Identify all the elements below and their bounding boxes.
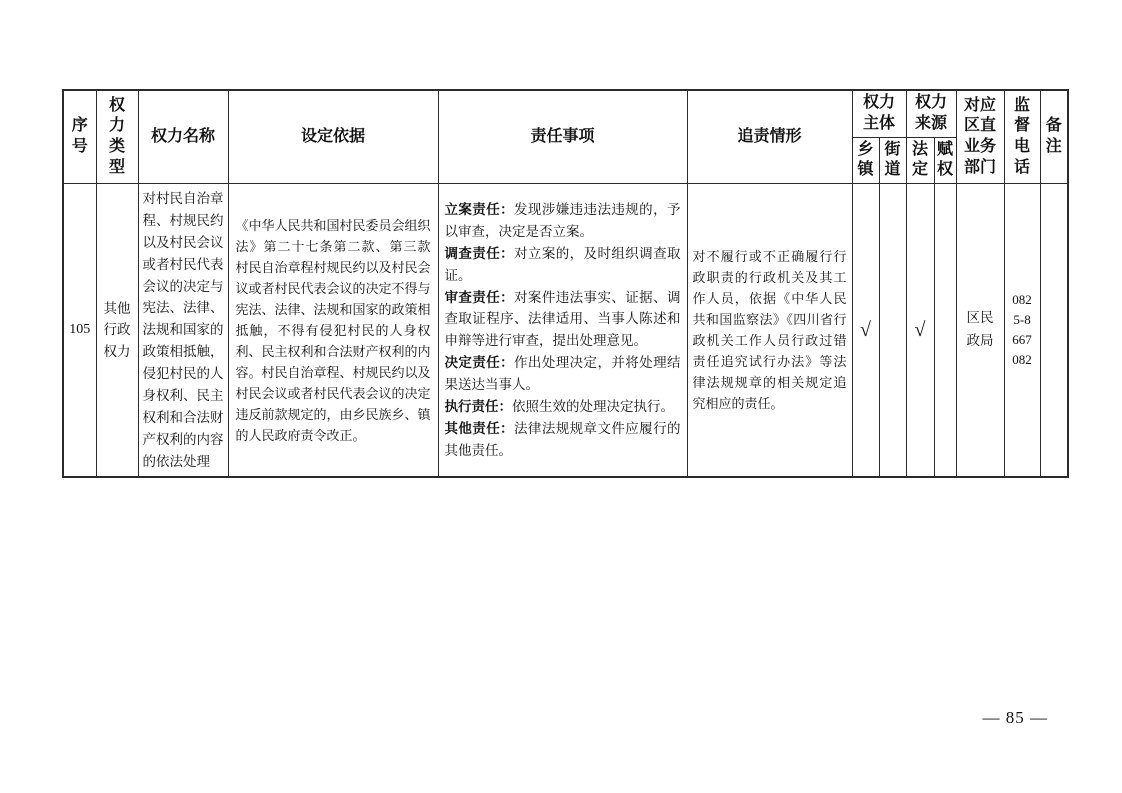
header-power-source: 权力 来源 xyxy=(906,90,956,137)
header-phone: 监 督 电 话 xyxy=(1004,90,1040,184)
cell-statutory-check: √ xyxy=(906,184,934,478)
duty-label: 执行责任： xyxy=(445,399,513,414)
header-statutory: 法 定 xyxy=(906,137,934,184)
header-remark: 备 注 xyxy=(1040,90,1068,184)
cell-duty: 立案责任：发现涉嫌违违法违规的，予以审查，决定是否立案。 调查责任：对立案的，及… xyxy=(438,184,687,478)
duty-item: 其他责任：法律法规规章文件应履行的其他责任。 xyxy=(445,418,681,462)
duty-item: 执行责任：依照生效的处理决定执行。 xyxy=(445,396,681,418)
document-page: 序 号 权 力 类 型 权力名称 设定依据 责任事项 追责情形 权力 主体 权力… xyxy=(0,0,1122,793)
duty-item: 立案责任：发现涉嫌违违法违规的，予以审查，决定是否立案。 xyxy=(445,199,681,243)
cell-township-check: √ xyxy=(852,184,879,478)
cell-remark xyxy=(1040,184,1068,478)
cell-power-name: 对村民自治章程、村规民约以及村民会议或者村民代表会议的决定与宪法、法律、法规和国… xyxy=(138,184,228,478)
duty-text: 依照生效的处理决定执行。 xyxy=(512,399,674,414)
header-township: 乡 镇 xyxy=(852,137,879,184)
duty-label: 立案责任： xyxy=(445,202,515,217)
header-duty: 责任事项 xyxy=(438,90,687,184)
cell-phone: 082 5-8 667 082 xyxy=(1004,184,1040,478)
checkmark-icon: √ xyxy=(860,319,871,341)
header-seq: 序 号 xyxy=(63,90,96,184)
cell-basis: 《中华人民共和国村民委员会组织法》第二十七条第二款、第三款 村民自治章程村规民约… xyxy=(228,184,438,478)
duty-label: 其他责任： xyxy=(445,421,515,436)
cell-power-type: 其他 行政 权力 xyxy=(96,184,138,478)
duty-item: 调查责任：对立案的，及时组织调查取证。 xyxy=(445,243,681,287)
header-power-name: 权力名称 xyxy=(138,90,228,184)
cell-seq: 105 xyxy=(63,184,96,478)
duty-label: 决定责任： xyxy=(445,355,515,370)
header-accountability: 追责情形 xyxy=(687,90,852,184)
header-department: 对应 区直 业务 部门 xyxy=(956,90,1004,184)
header-granted: 赋 权 xyxy=(934,137,956,184)
table-row: 105 其他 行政 权力 对村民自治章程、村规民约以及村民会议或者村民代表会议的… xyxy=(63,184,1068,478)
cell-granted-check xyxy=(934,184,956,478)
checkmark-icon: √ xyxy=(915,319,926,341)
cell-department: 区民 政局 xyxy=(956,184,1004,478)
duty-item: 决定责任：作出处理决定，并将处理结果送达当事人。 xyxy=(445,352,681,396)
header-power-subject: 权力 主体 xyxy=(852,90,906,137)
duty-label: 调查责任： xyxy=(445,246,515,261)
duty-item: 审查责任：对案件违法事实、证据、调查取证程序、法律适用、当事人陈述和申辩等进行审… xyxy=(445,287,681,353)
header-basis: 设定依据 xyxy=(228,90,438,184)
header-street: 街 道 xyxy=(879,137,906,184)
duty-label: 审查责任： xyxy=(445,290,515,305)
power-responsibility-table: 序 号 权 力 类 型 权力名称 设定依据 责任事项 追责情形 权力 主体 权力… xyxy=(62,89,1069,478)
cell-street-check xyxy=(879,184,906,478)
header-power-type: 权 力 类 型 xyxy=(96,90,138,184)
cell-accountability: 对不履行或不正确履行行政职责的行政机关及其工作人员，依据《中华人民共和国监察法》… xyxy=(687,184,852,478)
page-number: — 85 — xyxy=(983,708,1049,728)
